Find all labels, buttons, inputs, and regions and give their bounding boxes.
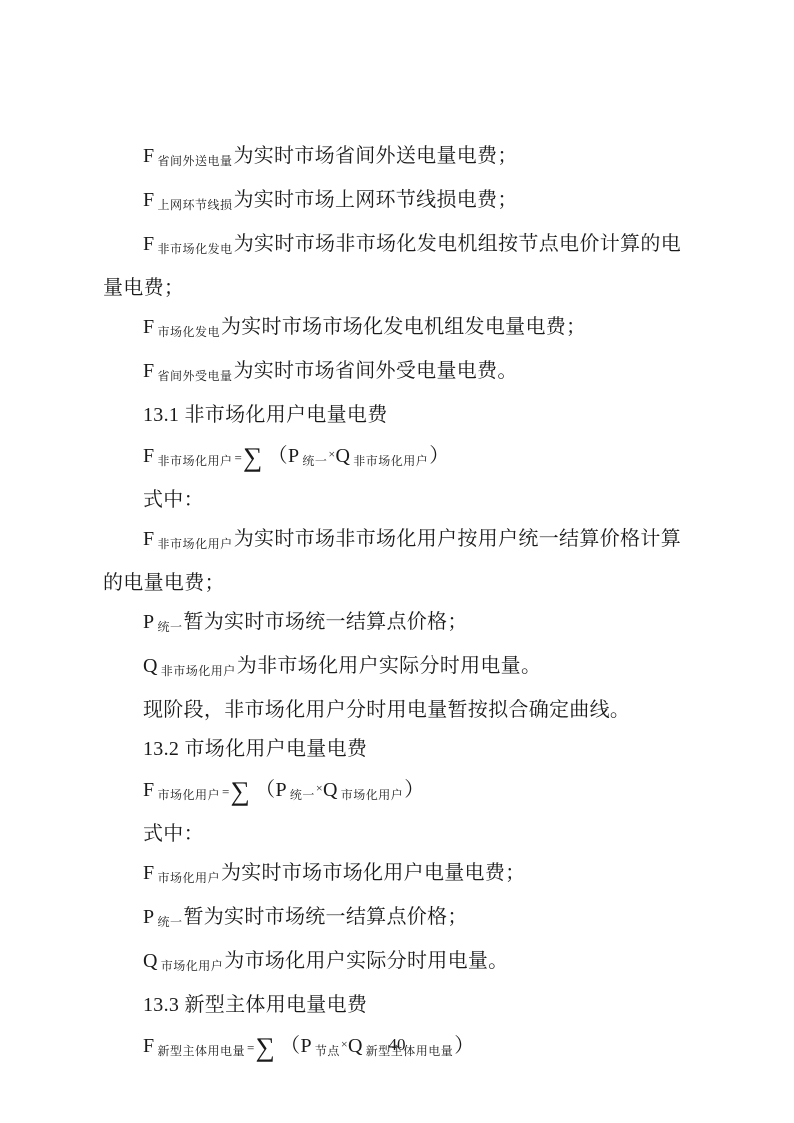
formula-line: F市场化用户=∑（P统一×Q市场化用户）: [103, 769, 681, 815]
paragraph: F省间外送电量为实时市场省间外送电量电费；: [103, 137, 681, 181]
paragraph: 式中：: [103, 481, 681, 520]
text-run: 13.1 非市场化用户电量电费: [143, 404, 388, 426]
paragraph: F非市场化发电为实时市场非市场化发电机组按节点电价计算的电量电费；: [103, 225, 681, 308]
text-run: 为实时市场上网环节线损电费；: [233, 189, 517, 211]
subscript: 非市场化用户: [157, 537, 232, 551]
subscript: 统一: [157, 620, 182, 634]
text-run: 式中：: [143, 489, 204, 511]
subscript: 统一: [302, 454, 327, 468]
paragraph: Q市场化用户为市场化用户实际分时用电量。: [103, 942, 681, 986]
variable: F: [143, 862, 154, 884]
variable: Q: [336, 445, 351, 467]
subscript: 非市场化用户: [161, 664, 236, 678]
paragraph: 现阶段，非市场化用户分时用电量暂按拟合确定曲线。: [103, 691, 681, 730]
subscript: 市场化用户: [157, 788, 220, 802]
subscript: 非市场化用户: [157, 454, 232, 468]
text-run: 为实时市场市场化发电机组发电量电费；: [221, 316, 586, 338]
paragraph: F市场化用户为实时市场市场化用户电量电费；: [103, 854, 681, 898]
text-run: 为实时市场市场化用户电量电费；: [221, 862, 526, 884]
summation-symbol: ∑: [243, 442, 263, 472]
variable: Q: [143, 950, 158, 972]
text-run: 13.2 市场化用户电量电费: [143, 738, 367, 760]
formula-line: F非市场化用户=∑（P统一×Q非市场化用户）: [103, 435, 681, 481]
multiply-sign: ×: [328, 447, 335, 461]
variable: P: [143, 906, 154, 928]
paragraph: F省间外受电量为实时市场省间外受电量电费。: [103, 352, 681, 396]
variable: P: [143, 611, 154, 633]
variable: F: [143, 316, 154, 338]
subscript: 非市场化用户: [353, 454, 428, 468]
paragraph: Q非市场化用户为非市场化用户实际分时用电量。: [103, 647, 681, 691]
text-run: （: [268, 445, 288, 467]
variable: F: [143, 189, 154, 211]
subscript: 市场化发电: [157, 325, 220, 339]
multiply-sign: ×: [316, 781, 323, 795]
text-run: 为实时市场省间外送电量电费；: [233, 145, 517, 167]
variable: F: [143, 233, 154, 255]
subscript: 省间外送电量: [157, 154, 232, 168]
section-heading: 13.1 非市场化用户电量电费: [103, 396, 681, 435]
text-run: 为市场化用户实际分时用电量。: [224, 950, 508, 972]
text-run: 暂为实时市场统一结算点价格；: [183, 611, 467, 633]
text-run: ）: [404, 779, 424, 801]
text-run: 式中：: [143, 823, 204, 845]
variable: P: [275, 779, 286, 801]
section-heading: 13.2 市场化用户电量电费: [103, 730, 681, 769]
text-run: 暂为实时市场统一结算点价格；: [183, 906, 467, 928]
variable: F: [143, 528, 154, 550]
subscript: 市场化用户: [157, 871, 220, 885]
subscript: 统一: [290, 788, 315, 802]
page-number: 40: [389, 1035, 406, 1054]
paragraph: F非市场化用户为实时市场非市场化用户按用户统一结算价格计算的电量电费；: [103, 520, 681, 603]
section-heading: 13.3 新型主体用电量电费: [103, 986, 681, 1025]
equals-sign: =: [234, 450, 242, 465]
text-run: ）: [429, 445, 449, 467]
text-run: 为非市场化用户实际分时用电量。: [237, 655, 542, 677]
variable: Q: [323, 779, 338, 801]
subscript: 统一: [157, 915, 182, 929]
variable: P: [288, 445, 299, 467]
paragraph: P统一暂为实时市场统一结算点价格；: [103, 898, 681, 942]
subscript: 上网环节线损: [157, 198, 232, 212]
equals-sign: =: [222, 784, 230, 799]
paragraph: F市场化发电为实时市场市场化发电机组发电量电费；: [103, 308, 681, 352]
paragraph: 式中：: [103, 815, 681, 854]
paragraph: P统一暂为实时市场统一结算点价格；: [103, 603, 681, 647]
text-run: （: [255, 779, 275, 801]
subscript: 省间外受电量: [157, 369, 232, 383]
subscript: 市场化用户: [341, 788, 404, 802]
text-run: 13.3 新型主体用电量电费: [143, 994, 367, 1016]
text-run: 现阶段，非市场化用户分时用电量暂按拟合确定曲线。: [143, 699, 630, 721]
document-page: F省间外送电量为实时市场省间外送电量电费；F上网环节线损为实时市场上网环节线损电…: [0, 0, 794, 1123]
body-text: F省间外送电量为实时市场省间外送电量电费；F上网环节线损为实时市场上网环节线损电…: [103, 137, 681, 1071]
variable: F: [143, 445, 154, 467]
text-run: 为实时市场省间外受电量电费。: [233, 360, 517, 382]
page-footer: 40: [0, 1034, 794, 1056]
variable: F: [143, 145, 154, 167]
subscript: 市场化用户: [161, 959, 224, 973]
paragraph: F上网环节线损为实时市场上网环节线损电费；: [103, 181, 681, 225]
subscript: 非市场化发电: [157, 242, 232, 256]
variable: F: [143, 360, 154, 382]
variable: Q: [143, 655, 158, 677]
summation-symbol: ∑: [231, 776, 251, 806]
variable: F: [143, 779, 154, 801]
